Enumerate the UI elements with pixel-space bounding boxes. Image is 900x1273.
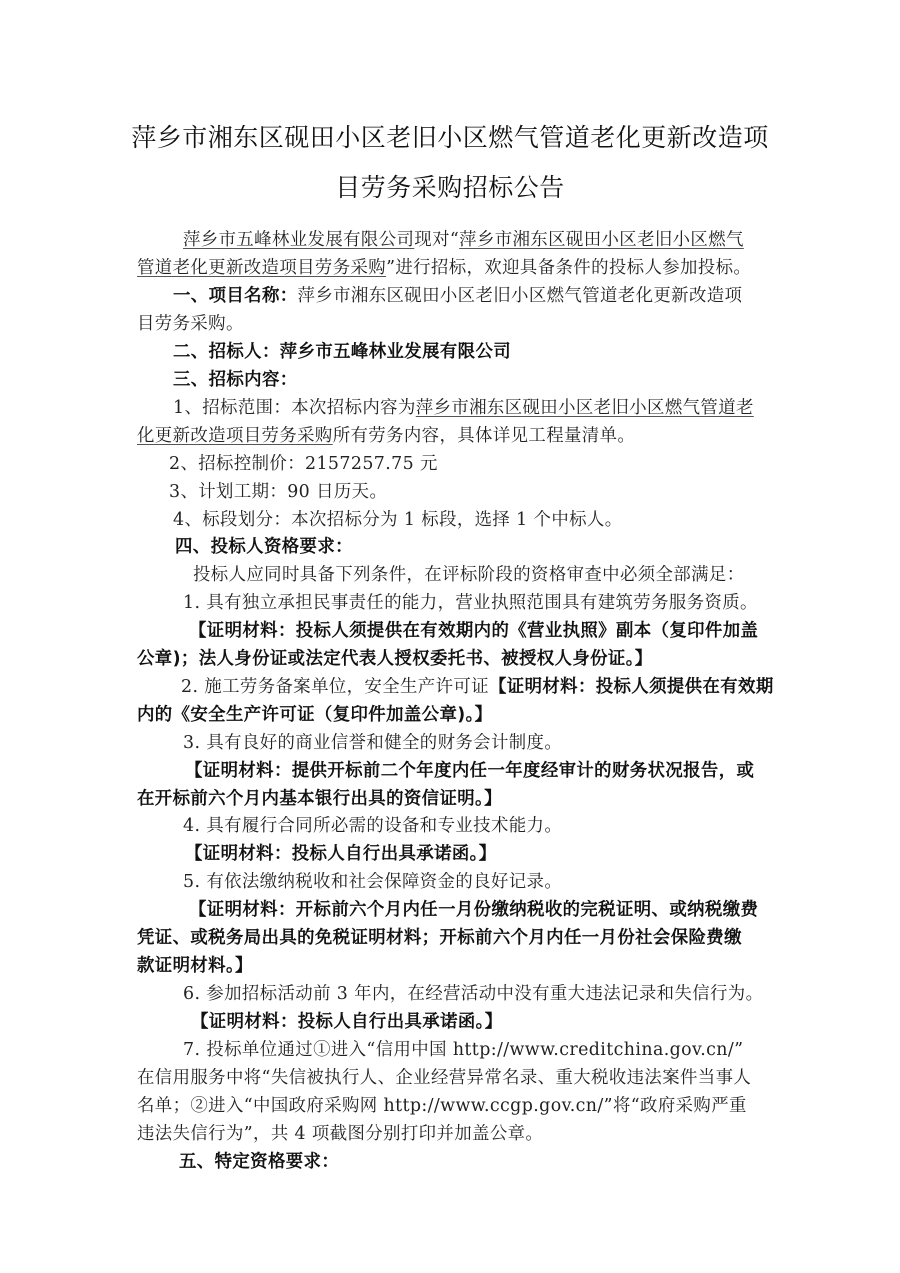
proof-2-line2: 内的《安全生产许可证（复印件加盖公章)。】: [137, 701, 769, 729]
tenderer-name: 萍乡市五峰林业发展有限公司: [183, 230, 414, 250]
requirement-1: 1. 具有独立承担民事责任的能力，营业执照范围具有建筑劳务服务资质。: [137, 589, 815, 617]
section2-heading: 二、招标人：萍乡市五峰林业发展有限公司: [137, 338, 805, 366]
section3-heading: 三、招标内容：: [137, 366, 805, 394]
project-name-link: 萍乡市湘东区砚田小区老旧小区燃气: [459, 230, 744, 250]
section5-heading: 五、特定资格要求：: [137, 1148, 811, 1176]
proof-5-line3: 款证明材料。】: [137, 952, 769, 980]
requirement-4: 4. 具有履行合同所必需的设备和专业技术能力。: [137, 812, 815, 840]
section3-item2-control-price: 2、招标控制价：2157257.75 元: [137, 450, 801, 478]
proof-6: 【证明材料：投标人自行出具承诺函。】: [137, 1008, 823, 1036]
section3-item4-lots: 4、标段划分：本次招标分为 1 标段，选择 1 个中标人。: [137, 506, 805, 534]
proof-5-line2: 凭证、或税务局出具的免税证明材料；开标前六个月内任一月份社会保险费缴: [137, 924, 769, 952]
proof-4: 【证明材料：投标人自行出具承诺函。】: [137, 840, 817, 868]
section1-heading: 一、项目名称：: [173, 286, 298, 306]
proof-3-line1: 【证明材料：提供开标前二个年度内任一年度经审计的财务状况报告，或: [137, 757, 817, 785]
requirement-3: 3. 具有良好的商业信誉和健全的财务会计制度。: [137, 729, 815, 757]
section4-heading: 四、投标人资格要求：: [137, 533, 807, 561]
requirement-7-line4: 违法失信行为”，共 4 项截图分别打印并加盖公章。: [137, 1120, 769, 1148]
proof-1-line1: 【证明材料：投标人须提供在有效期内的《营业执照》副本（复印件加盖: [137, 617, 821, 645]
requirement-5: 5. 有依法缴纳税收和社会保障资金的良好记录。: [137, 868, 815, 896]
requirement-7-line3: 名单；②进入“中国政府采购网 http://www.ccgp.gov.cn/”将…: [137, 1092, 769, 1120]
document-title-line2: 目劳务采购招标公告: [0, 168, 900, 204]
document-title-line1: 萍乡市湘东区砚田小区老旧小区燃气管道老化更新改造项: [0, 118, 900, 154]
section1-line2: 目劳务采购。: [137, 310, 769, 338]
proof-1-line2: 公章)；法人身份证或法定代表人授权委托书、被授权人身份证。】: [137, 645, 769, 673]
section3-item1-line1: 1、招标范围：本次招标内容为萍乡市湘东区砚田小区老旧小区燃气管道老: [137, 394, 769, 422]
section1: 一、项目名称：萍乡市湘东区砚田小区老旧小区燃气管道老化更新改造项: [137, 282, 769, 310]
proof-3-line2: 在开标前六个月内基本银行出具的资信证明。】: [137, 785, 769, 813]
requirement-7-line2: 在信用服务中将“失信被执行人、企业经营异常名录、重大税收违法案件当事人: [137, 1064, 769, 1092]
intro-paragraph-line2: 管道老化更新改造项目劳务采购”进行招标，欢迎具备条件的投标人参加投标。: [137, 254, 769, 282]
requirement-7-line1: 7. 投标单位通过①进入“信用中国 http://www.creditchina…: [137, 1036, 815, 1064]
requirement-6: 6. 参加招标活动前 3 年内，在经营活动中没有重大违法记录和失信行为。: [137, 980, 815, 1008]
section3-item3-schedule: 3、计划工期：90 日历天。: [137, 478, 801, 506]
section3-item1-line2: 化更新改造项目劳务采购所有劳务内容，具体详见工程量清单。: [137, 422, 769, 450]
proof-5-line1: 【证明材料：开标前六个月内任一月份缴纳税收的完税证明、或纳税缴费: [137, 896, 821, 924]
intro-paragraph-line1: 萍乡市五峰林业发展有限公司现对“萍乡市湘东区砚田小区老旧小区燃气: [137, 226, 769, 254]
requirement-2: 2. 施工劳务备案单位，安全生产许可证【证明材料：投标人须提供在有效期: [137, 673, 813, 701]
section4-intro: 投标人应同时具备下列条件，在评标阶段的资格审查中必须全部满足：: [137, 561, 825, 589]
